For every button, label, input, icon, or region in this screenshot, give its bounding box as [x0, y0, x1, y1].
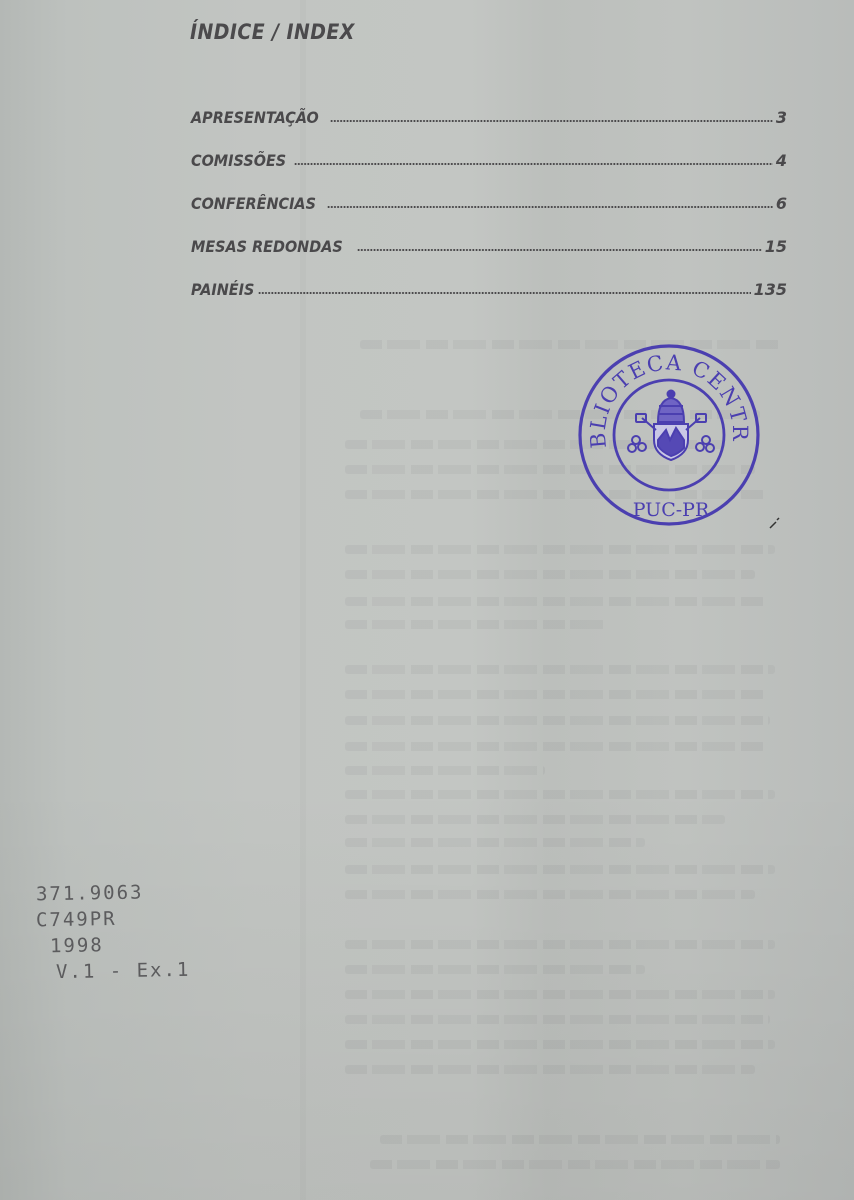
toc-entry-conferencias[interactable]: CONFERÊNCIAS 6	[191, 194, 787, 237]
stamp-bottom-text: PUC-PR	[633, 499, 710, 521]
call-number-year: 1998	[50, 931, 191, 959]
toc-entry-page: 15	[765, 237, 787, 256]
stamp-graphic: BIBLIOTECA CENTRAL PUC-PR	[574, 340, 764, 530]
toc-entry-page: 135	[754, 280, 787, 299]
dot-leader	[357, 248, 762, 252]
dot-leader	[294, 162, 773, 166]
call-number-volume: V.1 - Ex.1	[56, 957, 191, 985]
toc-entry-label: MESAS REDONDAS	[191, 237, 343, 256]
library-stamp: BIBLIOTECA CENTRAL PUC-PR	[574, 340, 764, 530]
call-number-classification: 371.9063	[36, 879, 191, 908]
toc-entry-label: PAINÉIS	[191, 280, 254, 299]
table-of-contents: APRESENTAÇÃO 3 COMISSÕES 4 CONFERÊNCIAS …	[191, 108, 787, 323]
toc-entry-page: 4	[776, 151, 787, 170]
pen-mark	[768, 516, 782, 530]
toc-entry-label: CONFERÊNCIAS	[191, 194, 316, 213]
dot-leader	[258, 291, 750, 295]
handwritten-call-number: 371.9063 C749PR 1998 V.1 - Ex.1	[36, 880, 190, 984]
toc-entry-label: COMISSÕES	[191, 151, 286, 170]
call-number-cutter: C749PR	[36, 905, 191, 934]
toc-entry-paineis[interactable]: PAINÉIS 135	[191, 280, 787, 323]
toc-entry-label: APRESENTAÇÃO	[191, 108, 319, 127]
page-title: ÍNDICE / INDEX	[190, 20, 355, 44]
dot-leader	[330, 119, 773, 123]
papal-coat-of-arms-icon	[628, 391, 714, 461]
toc-entry-mesas-redondas[interactable]: MESAS REDONDAS 15	[191, 237, 787, 280]
toc-entry-comissoes[interactable]: COMISSÕES 4	[191, 151, 787, 194]
dot-leader	[327, 205, 773, 209]
toc-entry-page: 3	[776, 108, 787, 127]
toc-entry-apresentacao[interactable]: APRESENTAÇÃO 3	[191, 108, 787, 151]
toc-entry-page: 6	[776, 194, 787, 213]
